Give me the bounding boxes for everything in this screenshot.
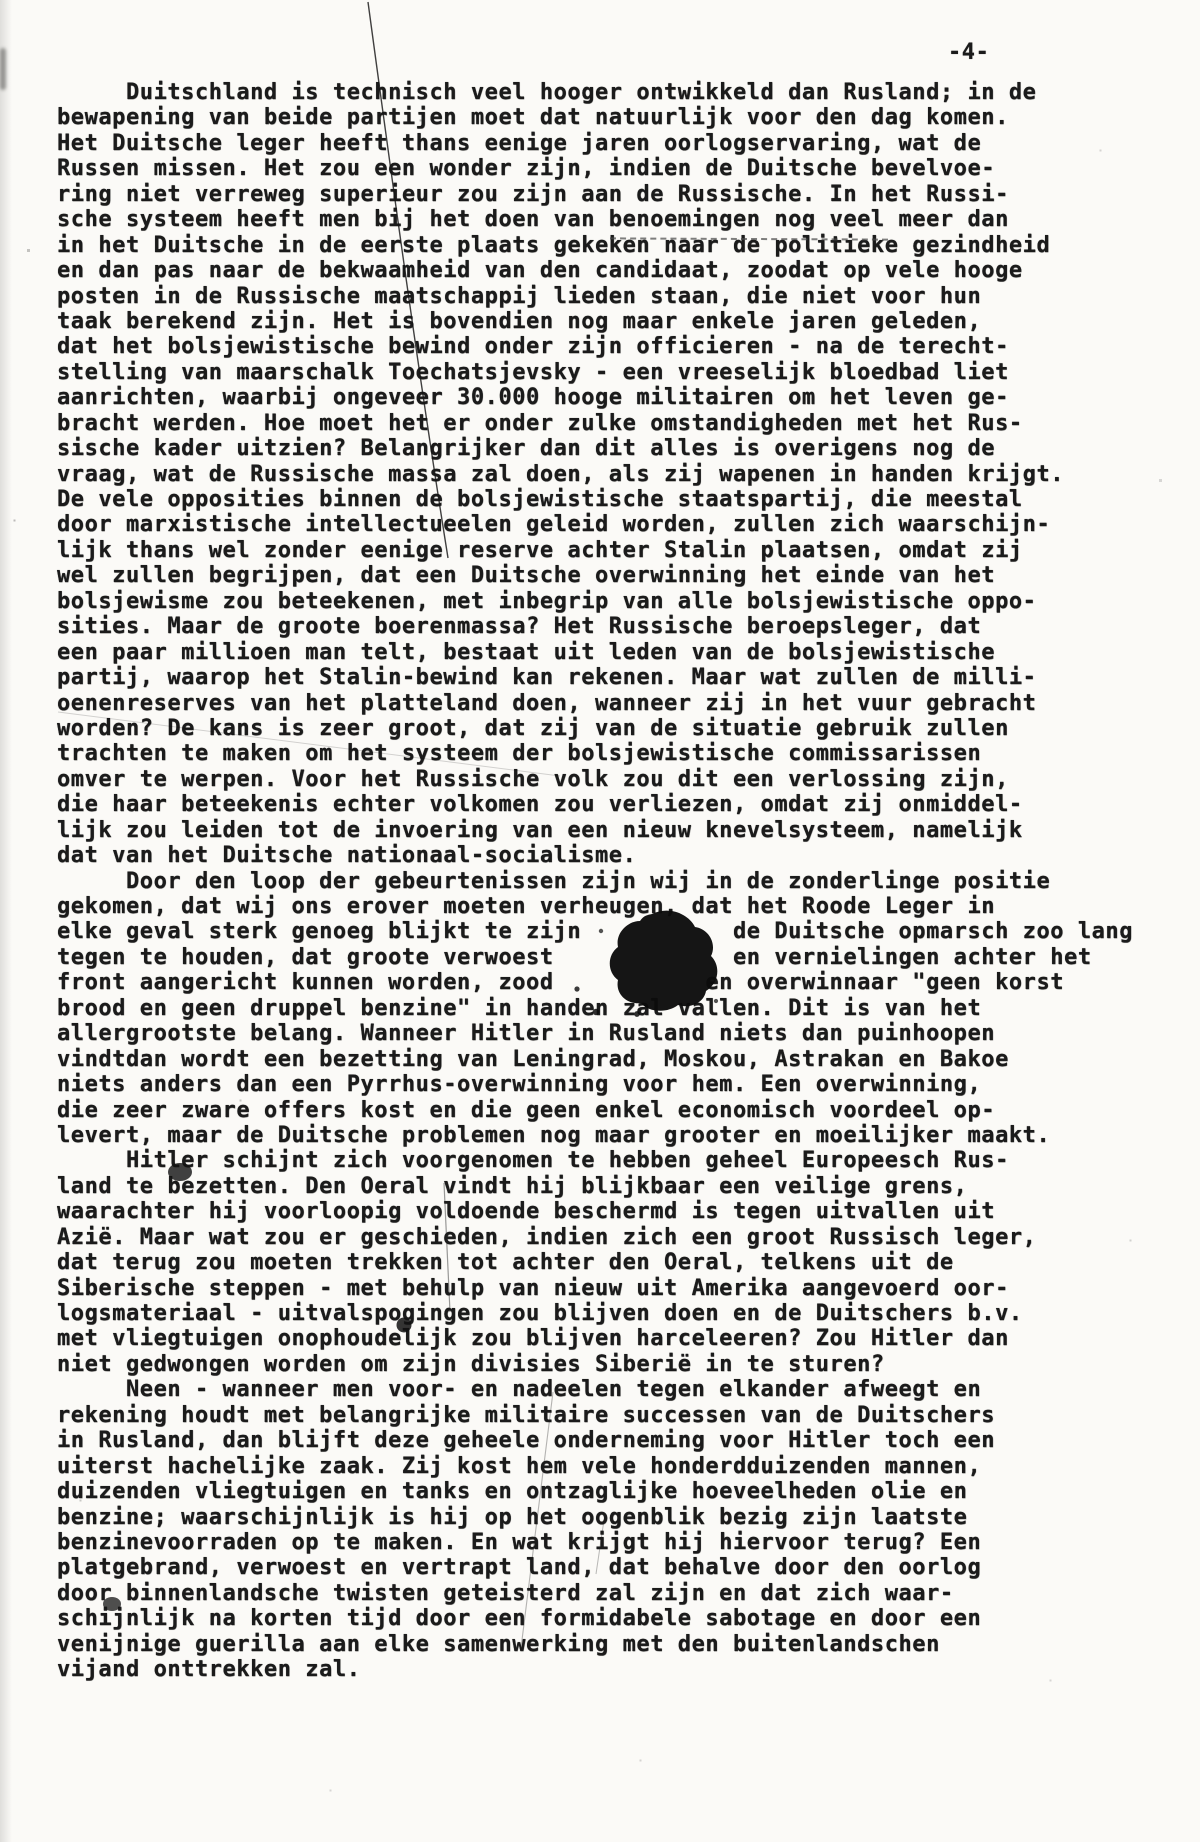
text-line: levert, maar de Duitsche problemen nog m… (57, 1123, 1133, 1148)
text-line: partij, waarop het Stalin-bewind kan rek… (57, 665, 1133, 690)
text-line: brood en geen druppel benzine" in handen… (57, 996, 1133, 1021)
text-line: waarachter hij voorloopig voldoende besc… (57, 1199, 1133, 1224)
text-line: stelling van maarschalk Toechatsjevsky -… (57, 360, 1133, 385)
text-line: met vliegtuigen onophoudelijk zou blijve… (57, 1326, 1133, 1351)
text-line: sche systeem heeft men bij het doen van … (57, 207, 1133, 232)
text-line: en dan pas naar de bekwaamheid van den c… (57, 258, 1133, 283)
text-line: venijnige guerilla aan elke samenwerking… (57, 1632, 1133, 1657)
text-line: benzine; waarschijnlijk is hij op het oo… (57, 1505, 1133, 1530)
text-line: taak berekend zijn. Het is bovendien nog… (57, 309, 1133, 334)
text-line: dat het bolsjewistische bewind onder zij… (57, 334, 1133, 359)
text-line: dat terug zou moeten trekken tot achter … (57, 1250, 1133, 1275)
text-line: lijk thans wel zonder eenige reserve ach… (57, 538, 1133, 563)
text-line: gekomen, dat wij ons erover moeten verhe… (57, 894, 1133, 919)
text-line: niets anders dan een Pyrrhus-overwinning… (57, 1072, 1133, 1097)
text-line: duizenden vliegtuigen en tanks en ontzag… (57, 1479, 1133, 1504)
text-line: front aangericht kunnen worden, zood en … (57, 970, 1133, 995)
text-line: oenenreserves van het platteland doen, w… (57, 691, 1133, 716)
scan-edge-shadow (0, 0, 12, 1842)
text-line: bracht werden. Hoe moet het er onder zul… (57, 411, 1133, 436)
scan-speckles (0, 0, 1, 1)
text-line: lijk zou leiden tot de invoering van een… (57, 818, 1133, 843)
text-line: Russen missen. Het zou een wonder zijn, … (57, 156, 1133, 181)
text-line: door marxistische intellectueelen geleid… (57, 512, 1133, 537)
text-lines: Duitschland is technisch veel hooger ont… (57, 80, 1133, 1683)
text-line: in Rusland, dan blijft deze geheele onde… (57, 1428, 1133, 1453)
text-line: die zeer zware offers kost en die geen e… (57, 1098, 1133, 1123)
text-line: De vele opposities binnen de bolsjewisti… (57, 487, 1133, 512)
text-line: elke geval sterk genoeg blijkt te zijn d… (57, 919, 1133, 944)
text-line: ring niet verreweg superieur zou zijn aa… (57, 182, 1133, 207)
text-line: bolsjewisme zou beteekenen, met inbegrip… (57, 589, 1133, 614)
document-page: -4- Duitschland is technisch veel hooger… (0, 0, 1200, 1842)
text-line: logsmateriaal - uitvalspogingen zou blij… (57, 1301, 1133, 1326)
text-line: worden? De kans is zeer groot, dat zij v… (57, 716, 1133, 741)
text-line: aanrichten, waarbij ongeveer 30.000 hoog… (57, 385, 1133, 410)
text-line: een paar millioen man telt, bestaat uit … (57, 640, 1133, 665)
text-line: Door den loop der gebeurtenissen zijn wi… (57, 869, 1133, 894)
text-line: Hitler schijnt zich voorgenomen te hebbe… (57, 1148, 1133, 1173)
text-line: omver te werpen. Voor het Russische volk… (57, 767, 1133, 792)
text-line: in het Duitsche in de eerste plaats geke… (57, 233, 1133, 258)
text-line: vindtdan wordt een bezetting van Leningr… (57, 1047, 1133, 1072)
scan-edge-smudge (0, 48, 6, 90)
text-line: Neen - wanneer men voor- en nadeelen teg… (57, 1377, 1133, 1402)
text-line: sities. Maar de groote boerenmassa? Het … (57, 614, 1133, 639)
page-number: -4- (948, 40, 989, 65)
text-line: niet gedwongen worden om zijn divisies S… (57, 1352, 1133, 1377)
text-line: platgebrand, verwoest en vertrapt land, … (57, 1555, 1133, 1580)
text-line: schijnlijk na korten tijd door een formi… (57, 1606, 1133, 1631)
text-line: Duitschland is technisch veel hooger ont… (57, 80, 1133, 105)
text-line: land te bezetten. Den Oeral vindt hij bl… (57, 1174, 1133, 1199)
text-line: Azië. Maar wat zou er geschieden, indien… (57, 1225, 1133, 1250)
text-line: posten in de Russische maatschappij lied… (57, 284, 1133, 309)
text-line: vraag, wat de Russische massa zal doen, … (57, 462, 1133, 487)
text-line: die haar beteekenis echter volkomen zou … (57, 792, 1133, 817)
text-line: Siberische steppen - met behulp van nieu… (57, 1276, 1133, 1301)
text-line: vijand onttrekken zal. (57, 1657, 1133, 1682)
text-line: bewapening van beide partijen moet dat n… (57, 105, 1133, 130)
text-line: uiterst hachelijke zaak. Zij kost hem ve… (57, 1454, 1133, 1479)
text-line: wel zullen begrijpen, dat een Duitsche o… (57, 563, 1133, 588)
text-line: allergrootste belang. Wanneer Hitler in … (57, 1021, 1133, 1046)
text-line: door binnenlandsche twisten geteisterd z… (57, 1581, 1133, 1606)
text-line: rekening houdt met belangrijke militaire… (57, 1403, 1133, 1428)
text-line: sische kader uitzien? Belangrijker dan d… (57, 436, 1133, 461)
text-line: Het Duitsche leger heeft thans eenige ja… (57, 131, 1133, 156)
text-line: trachten te maken om het systeem der bol… (57, 741, 1133, 766)
text-line: tegen te houden, dat groote verwoest en … (57, 945, 1133, 970)
text-line: dat van het Duitsche nationaal-socialism… (57, 843, 1133, 868)
text-line: benzinevoorraden op te maken. En wat kri… (57, 1530, 1133, 1555)
